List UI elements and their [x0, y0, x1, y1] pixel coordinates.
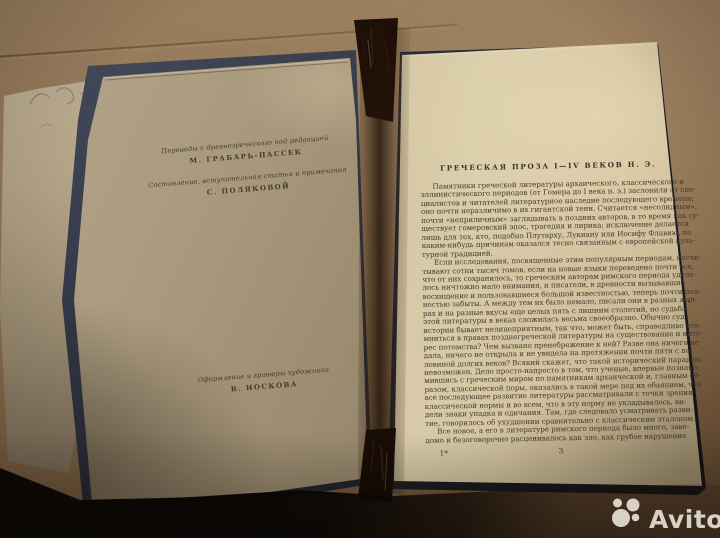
- photo-vignette: [0, 0, 720, 538]
- photo-open-book: Переводы с древнегреческого под редакцие…: [0, 0, 720, 538]
- avito-logo-icon: [606, 494, 646, 532]
- avito-watermark-text: Avito: [649, 507, 720, 532]
- avito-watermark: Avito: [606, 494, 720, 532]
